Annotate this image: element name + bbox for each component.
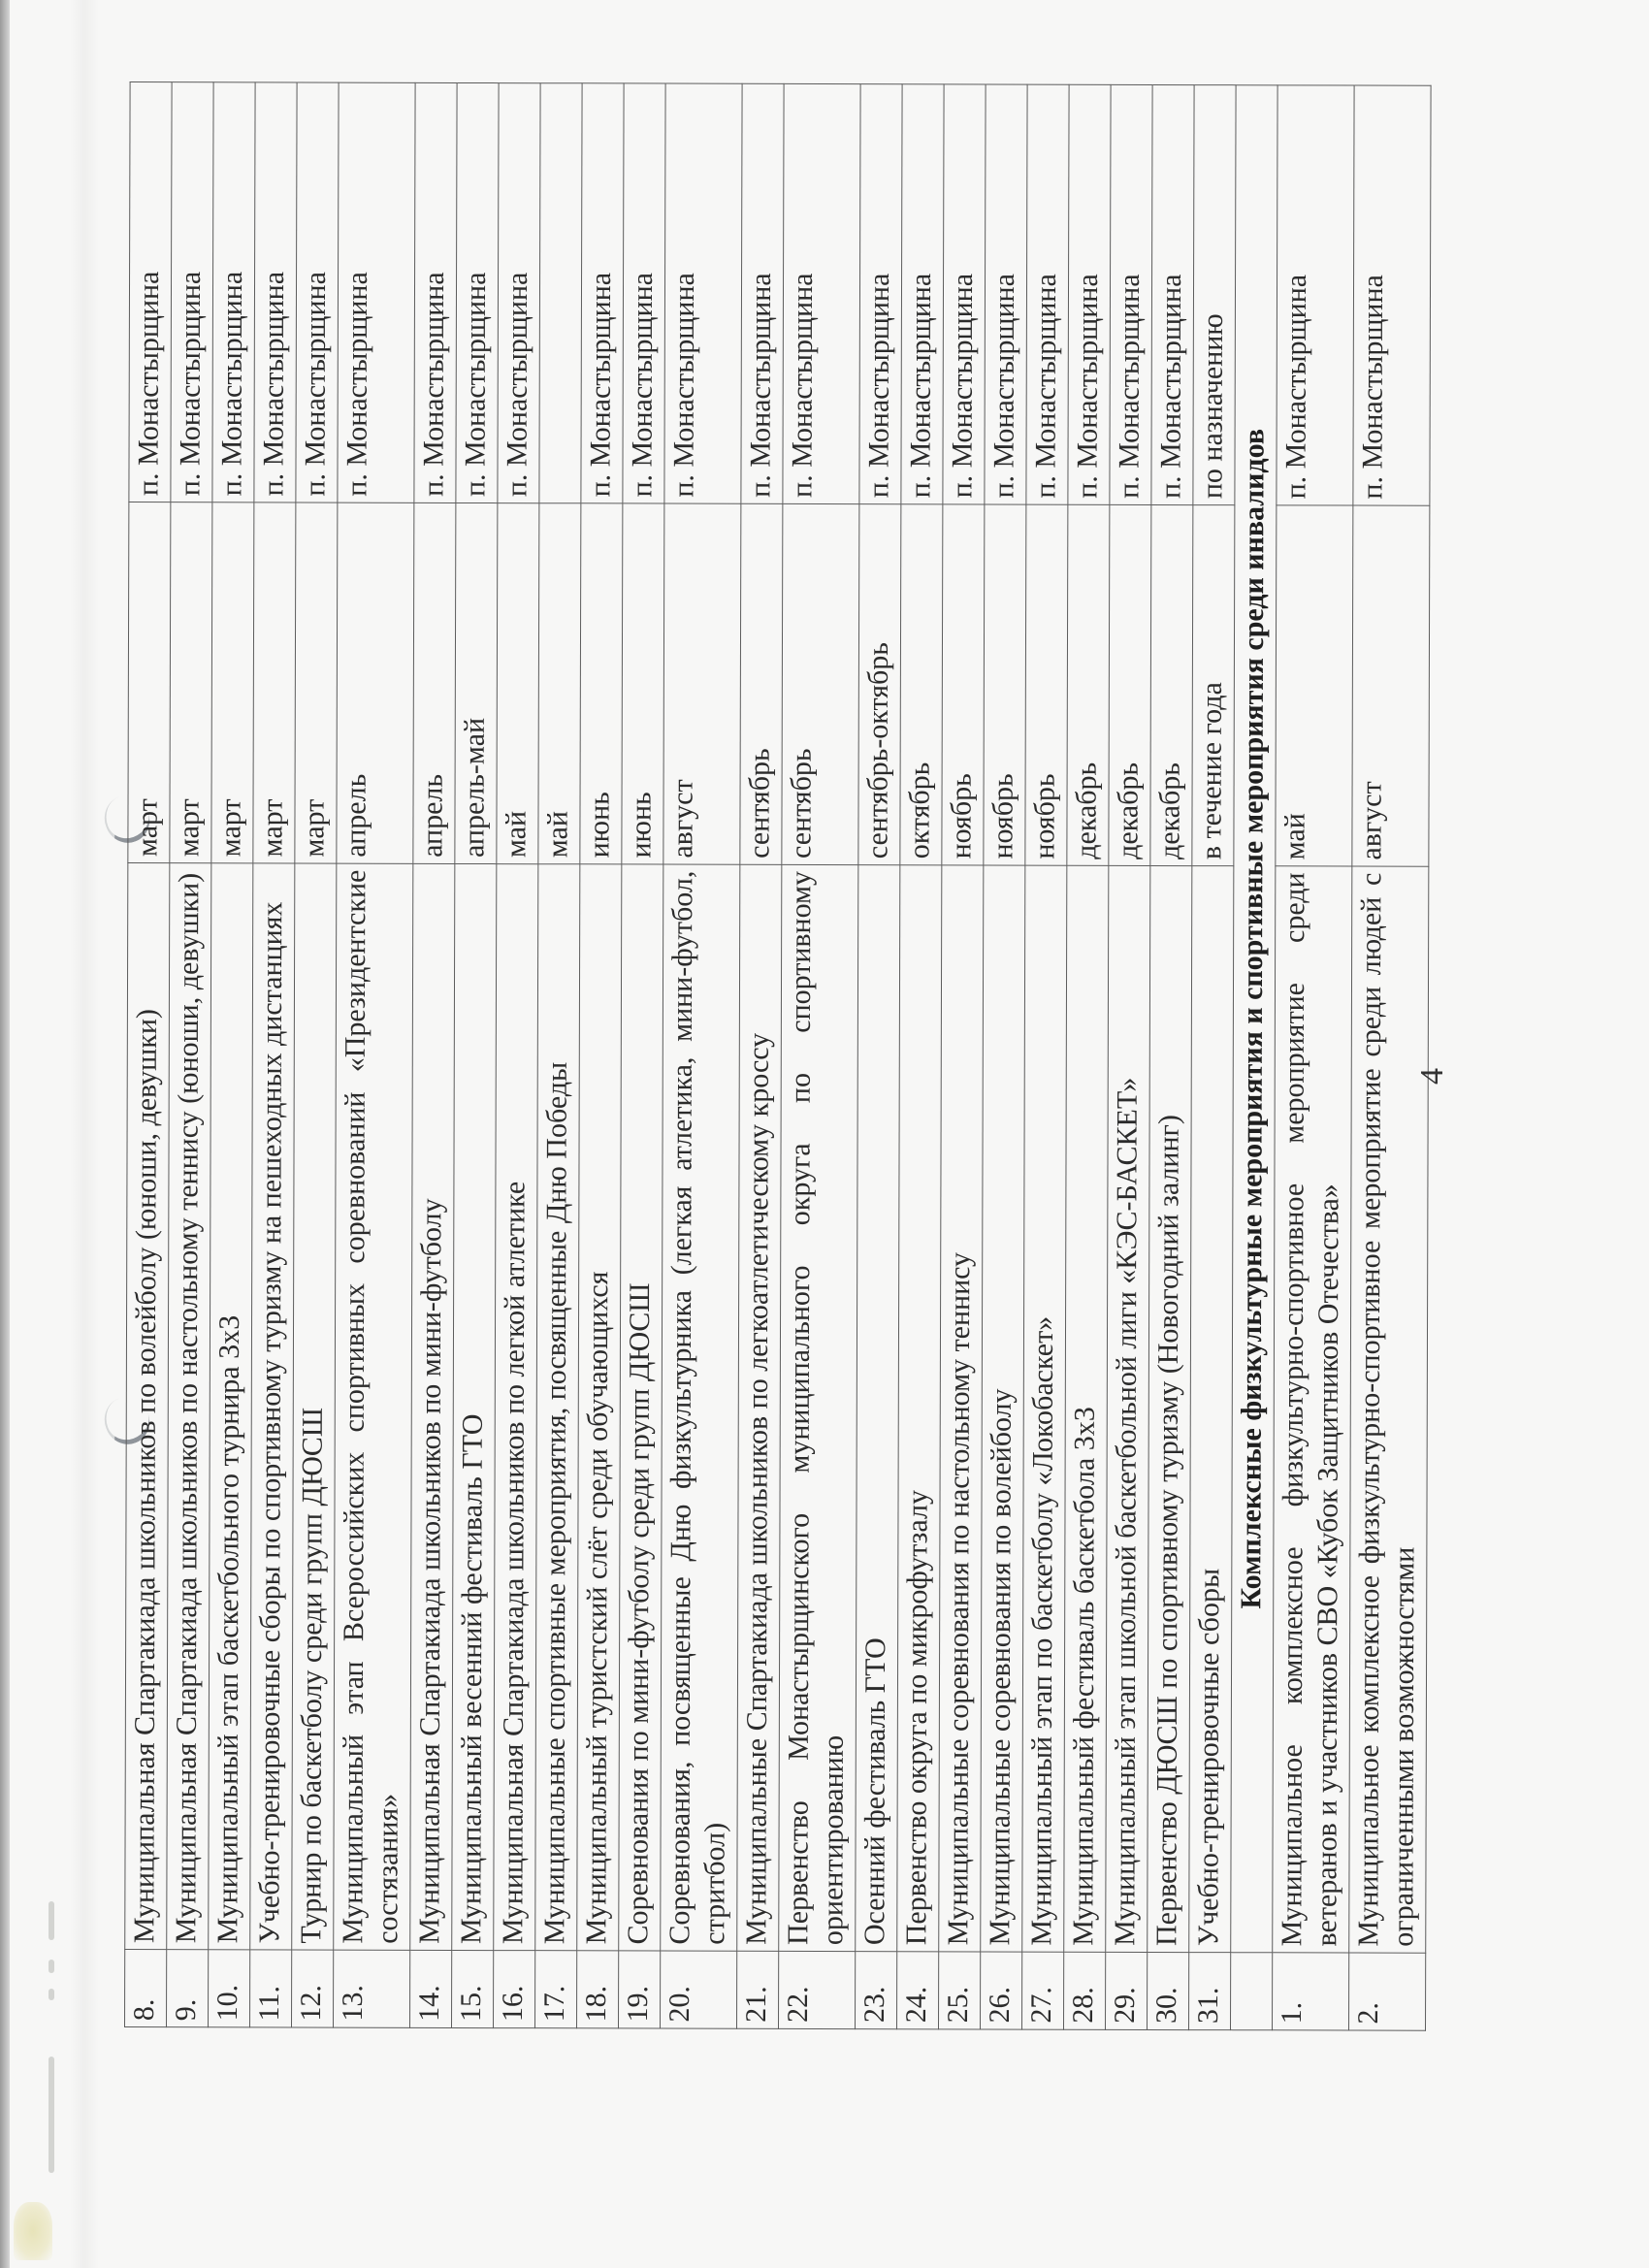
table-row: 27. Муниципальный этап по баскетболу «Ло… [1021,84,1069,2029]
event-place: п. Монастырщина [783,83,860,503]
event-name: Муниципальный туристский слёт среди обуч… [577,864,622,1951]
row-number: 2. [1348,1953,1425,2030]
table-row: 2. Муниципальное комплексное физкультурн… [1348,85,1431,2030]
section-heading-spacer [1230,1953,1272,2030]
event-place: п. Монастырщина [171,82,213,502]
event-name: Первенство ДЮСШ по спортивному туризму (… [1148,865,1192,1952]
table-row: 19. Соревнования по мини-футболу среди г… [618,83,665,2028]
event-place [539,83,582,503]
table-row: 9. Муниципальная Спартакиада школьников … [167,82,214,2027]
row-number: 13. [334,1950,410,2027]
event-date: май [538,503,581,864]
table-row: 28. Муниципальный фестиваль баскетбола 3… [1063,84,1111,2029]
row-number: 21. [736,1951,778,2028]
row-number: 11. [250,1950,292,2027]
event-place: п. Монастырщина [1277,85,1354,505]
row-number: 12. [292,1950,334,2027]
table-body: 8. Муниципальная Спартакиада школьников … [125,82,1432,2031]
event-name: Муниципальный фестиваль баскетбола 3х3 [1064,865,1109,1952]
row-number: 16. [493,1951,534,2028]
row-number: 28. [1063,1952,1105,2029]
event-name: Муниципальный весенний фестиваль ГТО [452,863,497,1950]
row-number: 31. [1188,1953,1230,2030]
event-name: Муниципальная Спартакиада школьников по … [167,863,211,1950]
event-place: п. Монастырщина [1353,85,1431,505]
event-name: Муниципальный этап баскетбольного турнир… [209,863,253,1950]
row-number: 27. [1021,1952,1063,2029]
event-date: сентябрь [740,503,783,864]
event-date: июнь [580,503,623,864]
row-number: 29. [1105,1952,1147,2029]
event-place: п. Монастырщина [664,83,742,503]
event-date: март [211,502,254,863]
event-date: март [128,502,171,863]
event-place: п. Монастырщина [901,84,944,504]
event-name: Муниципальный этап Всероссийских спортив… [334,863,413,1950]
event-date: июнь [622,503,664,864]
row-number: 25. [938,1952,980,2029]
row-number: 23. [855,1952,896,2029]
event-date: август [1352,505,1430,866]
section-heading-row: Комплексные физкультурные мероприятия и … [1230,85,1277,2030]
table-row: 17. Муниципальные спортивные мероприятия… [534,83,582,2028]
event-name: Учебно-тренировочные сборы по спортивном… [250,863,295,1950]
table-row: 31. Учебно-тренировочные сборы в течение… [1188,85,1236,2030]
event-date: апрель [337,502,414,863]
event-date: декабрь [1067,504,1110,865]
event-date: апрель-май [455,502,498,863]
event-date: декабрь [1109,504,1151,865]
row-number: 20. [660,1951,736,2028]
event-name: Турнир по баскетболу среди групп ДЮСШ [292,863,337,1950]
event-place: п. Монастырщина [498,83,540,503]
table-row: 26. Муниципальные соревнования по волейб… [980,84,1027,2029]
event-name: Муниципальный этап школьной баскетбольно… [1106,865,1150,1952]
table-row: 22. Первенство Монастырщинского муниципа… [778,83,860,2028]
event-name: Первенство Монастырщинского муниципально… [779,864,858,1951]
event-place: п. Монастырщина [943,84,986,504]
plan-table-wrapper: 8. Муниципальная Спартакиада школьников … [124,82,1432,2031]
row-number: 19. [618,1951,660,2028]
event-place: п. Монастырщина [129,82,172,502]
event-place: п. Монастырщина [1110,84,1152,504]
event-place: п. Монастырщина [1151,84,1194,504]
event-place: п. Монастырщина [741,83,784,503]
table-row: 25. Муниципальные соревнования по настол… [938,84,986,2029]
section-heading: Комплексные физкультурные мероприятия и … [1231,85,1277,1953]
event-place: п. Монастырщина [1026,84,1069,504]
event-date: май [497,503,539,864]
event-date: в течение года [1192,505,1235,866]
page-number: 4 [1414,1068,1451,1085]
table-row: 15. Муниципальный весенний фестиваль ГТО… [452,82,500,2027]
table-row: 20. Соревнования, посвященные Дню физкул… [660,83,742,2028]
event-date: май [1276,505,1353,866]
event-date: август [663,503,741,864]
events-plan-table: 8. Муниципальная Спартакиада школьников … [124,81,1432,2031]
row-number: 14. [410,1950,452,2027]
event-place: п. Монастырщина [456,82,499,502]
table-row: 1. Муниципальное комплексное физкультурн… [1272,85,1354,2030]
table-row: 11. Учебно-тренировочные сборы по спорти… [250,82,298,2027]
event-date: апрель [413,502,456,863]
event-name: Муниципальное комплексное физкультурно-с… [1273,866,1352,1953]
event-date: март [253,502,296,863]
row-number: 26. [980,1952,1021,2029]
table-row: 8. Муниципальная Спартакиада школьников … [125,82,173,2027]
table-row: 16. Муниципальная Спартакиада школьников… [493,83,540,2028]
event-name: Муниципальные Спартакиада школьников по … [737,864,782,1951]
row-number: 18. [576,1951,618,2028]
event-name: Муниципальное комплексное физкультурно-с… [1349,866,1429,1953]
event-name: Соревнования, посвященные Дню физкультур… [661,864,740,1951]
event-place: п. Монастырщина [623,83,665,503]
event-name: Соревнования по мини-футболу среди групп… [619,864,663,1951]
event-place: п. Монастырщина [859,84,902,504]
event-name: Муниципальные соревнования по настольном… [939,865,984,1952]
event-place: п. Монастырщина [414,82,457,502]
event-place: п. Монастырщина [581,83,624,503]
table-row: 12. Турнир по баскетболу среди групп ДЮС… [292,82,339,2027]
table-row: 14. Муниципальная Спартакиада школьников… [410,82,458,2027]
event-date: сентябрь-октябрь [858,504,901,865]
table-row: 13. Муниципальный этап Всероссийских спо… [334,82,416,2027]
event-date: сентябрь [782,503,859,864]
event-name: Учебно-тренировочные сборы [1189,866,1234,1953]
row-number: 15. [452,1950,494,2027]
event-name: Муниципальные спортивные мероприятия, по… [535,864,580,1951]
event-date: ноябрь [984,504,1026,865]
row-number: 24. [896,1952,938,2029]
event-date: март [170,502,212,863]
event-place: п. Монастырщина [985,84,1027,504]
row-number: 17. [534,1951,576,2028]
table-row: 10. Муниципальный этап баскетбольного ту… [209,82,256,2027]
event-name: Осенний фестиваль ГТО [856,865,900,1952]
row-number: 8. [125,1950,167,2027]
event-place: п. Монастырщина [1068,84,1111,504]
row-number: 10. [209,1950,250,2027]
event-name: Первенство округа по микрофутзалу [897,865,942,1952]
table-row: 29. Муниципальный этап школьной баскетбо… [1105,84,1152,2029]
row-number: 30. [1147,1952,1188,2029]
event-place: п. Монастырщина [212,82,255,502]
event-name: Муниципальная Спартакиада школьников по … [494,864,538,1951]
event-place: по назначению [1193,85,1236,505]
event-name: Муниципальная Спартакиада школьников по … [125,863,170,1950]
table-row: 18. Муниципальный туристский слёт среди … [576,83,624,2028]
event-name: Муниципальные соревнования по волейболу [981,865,1025,1952]
event-date: март [295,502,338,863]
event-place: п. Монастырщина [254,82,297,502]
event-date: ноябрь [1025,504,1068,865]
table-row: 24. Первенство округа по микрофутзалу ок… [896,84,944,2029]
row-number: 22. [778,1951,855,2028]
row-number: 1. [1272,1953,1348,2030]
table-row: 23. Осенний фестиваль ГТО сентябрь-октяб… [855,84,902,2029]
event-name: Муниципальная Спартакиада школьников по … [410,863,455,1950]
event-date: ноябрь [942,504,985,865]
event-date: декабрь [1150,504,1193,865]
row-number: 9. [167,1950,209,2027]
table-row: 30. Первенство ДЮСШ по спортивному туриз… [1147,84,1194,2029]
event-place: п. Монастырщина [296,82,339,502]
event-date: октябрь [900,504,943,865]
table-row: 21. Муниципальные Спартакиада школьников… [736,83,784,2028]
event-name: Муниципальный этап по баскетболу «Локоба… [1022,865,1067,1952]
document-page: 8. Муниципальная Спартакиада школьников … [0,0,1649,2268]
event-place: п. Монастырщина [338,82,415,502]
